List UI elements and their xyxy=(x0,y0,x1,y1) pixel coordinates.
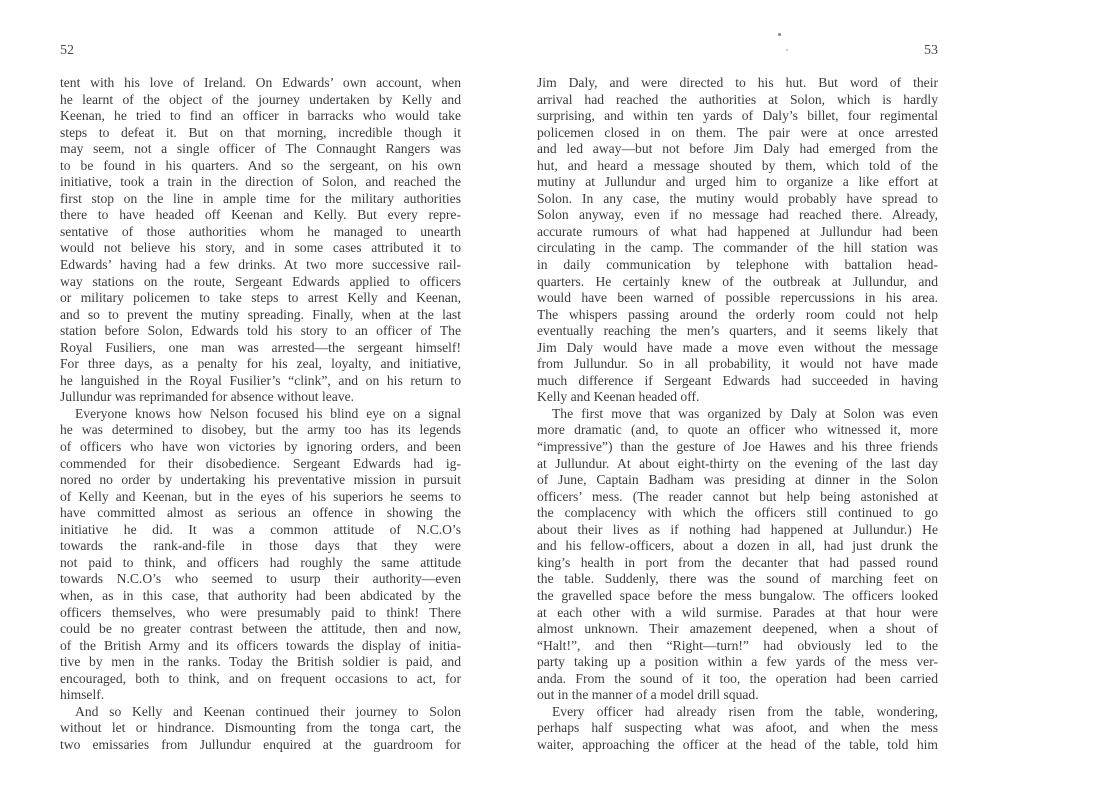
text-line: the complacency with which the officers … xyxy=(537,505,938,522)
text-line: party taking up a position within a few … xyxy=(537,654,938,671)
text-line: would not believe his story, and in some… xyxy=(60,240,461,257)
text-line: or military policemen to take steps to a… xyxy=(60,290,461,307)
text-line: about their lives as if nothing had happ… xyxy=(537,522,938,539)
text-line: Keenan, he tried to find an officer in b… xyxy=(60,108,461,125)
text-line: out in the manner of a model drill squad… xyxy=(537,687,938,704)
text-line: officers themselves, who were presumably… xyxy=(60,605,461,622)
text-line: Jim Daly would have made a move even wit… xyxy=(537,340,938,357)
text-line: “impressive”) than the gesture of Joe Ha… xyxy=(537,439,938,456)
text-line: the table. Suddenly, there was the sound… xyxy=(537,571,938,588)
text-line: circulating in the camp. The commander o… xyxy=(537,240,938,257)
text-line: eventually reaching the men’s quarters, … xyxy=(537,323,938,340)
text-line: mutiny at Jullundur and urged him to org… xyxy=(537,174,938,191)
text-line: encouraged, both to think, and on freque… xyxy=(60,671,461,688)
text-line: nored no order by undertaking his preven… xyxy=(60,472,461,489)
text-line: there to have headed off Keenan and Kell… xyxy=(60,207,461,224)
text-line: way stations on the route, Sergeant Edwa… xyxy=(60,274,461,291)
text-line: of the British Army and its officers tow… xyxy=(60,638,461,655)
text-line: perhaps half suspecting what was afoot, … xyxy=(537,720,938,737)
text-line: at Jullundur. At about eight-thirty on t… xyxy=(537,456,938,473)
text-line: almost unknown. Their amazement deepened… xyxy=(537,621,938,638)
text-line: For three days, as a penalty for his zea… xyxy=(60,356,461,373)
body-text: tent with his love of Ireland. On Edward… xyxy=(60,75,461,753)
body-text: Jim Daly, and were directed to his hut. … xyxy=(537,75,938,753)
text-line: two emissaries from Jullundur enquired a… xyxy=(60,737,461,754)
text-line: and led away—but not before Jim Daly had… xyxy=(537,141,938,158)
text-line: of June, Captain Badham was presiding at… xyxy=(537,472,938,489)
text-line: policemen closed in on them. The pair we… xyxy=(537,125,938,142)
text-line: towards the rank-and-file in those days … xyxy=(60,538,461,555)
text-line: could be no greater contrast between the… xyxy=(60,621,461,638)
text-line: and his fellow-officers, about a dozen i… xyxy=(537,538,938,555)
text-line: Everyone knows how Nelson focused his bl… xyxy=(60,406,461,423)
text-line: station before Solon, Edwards told his s… xyxy=(60,323,461,340)
text-line: of officers who have won victories by ig… xyxy=(60,439,461,456)
text-line: steps to defeat it. But on that morning,… xyxy=(60,125,461,142)
scan-speck xyxy=(778,33,781,36)
text-line: surprising, and within ten yards of Daly… xyxy=(537,108,938,125)
text-line: tive by men in the ranks. Today the Brit… xyxy=(60,654,461,671)
text-line: anda. From the sound of it too, the oper… xyxy=(537,671,938,688)
text-line: hut, and heard a message shouted by them… xyxy=(537,158,938,175)
text-line: Kelly and Keenan headed off. xyxy=(537,389,938,406)
text-line: commended for their disobedience. Sergea… xyxy=(60,456,461,473)
text-line: have committed almost as serious an offe… xyxy=(60,505,461,522)
text-line: he languished in the Royal Fusilier’s “c… xyxy=(60,373,461,390)
text-line: would have been warned of possible reper… xyxy=(537,290,938,307)
text-line: Jullundur was reprimanded for absence wi… xyxy=(60,389,461,406)
text-line: “Halt!”, and then “Right—turn!” had obvi… xyxy=(537,638,938,655)
text-line: himself. xyxy=(60,687,461,704)
text-line: Every officer had already risen from the… xyxy=(537,704,938,721)
text-line: king’s health in port from the decanter … xyxy=(537,555,938,572)
text-line: towards N.C.O’s who seemed to usurp thei… xyxy=(60,571,461,588)
text-line: Solon anyway, even if no message had rea… xyxy=(537,207,938,224)
text-line: officers’ mess. (The reader cannot but h… xyxy=(537,489,938,506)
text-line: from Jullundur. So in all probability, i… xyxy=(537,356,938,373)
text-line: may seem, not a single officer of The Co… xyxy=(60,141,461,158)
text-line: The whispers passing around the orderly … xyxy=(537,307,938,324)
text-line: when, as in this case, that authority ha… xyxy=(60,588,461,605)
text-line: in daily communication by telephone with… xyxy=(537,257,938,274)
text-line: The first move that was organized by Dal… xyxy=(537,406,938,423)
text-line: and so to prevent the mutiny spreading. … xyxy=(60,307,461,324)
text-line: And so Kelly and Keenan continued their … xyxy=(60,704,461,721)
text-line: not paid to think, and officers had roug… xyxy=(60,555,461,572)
text-line: Royal Fusiliers, one man was arrested—th… xyxy=(60,340,461,357)
right-page: 53 Jim Daly, and were directed to his hu… xyxy=(537,0,938,792)
text-line: accurate rumours of what had happened at… xyxy=(537,224,938,241)
text-line: he was determined to disobey, but the ar… xyxy=(60,422,461,439)
text-line: tent with his love of Ireland. On Edward… xyxy=(60,75,461,92)
text-line: the gravelled space before the mess bung… xyxy=(537,588,938,605)
text-line: at each other with a wild surmise. Parad… xyxy=(537,605,938,622)
text-line: Solon. In any case, the mutiny would pro… xyxy=(537,191,938,208)
text-line: to be found in his quarters. And so the … xyxy=(60,158,461,175)
text-line: sentative of those authorities whom he m… xyxy=(60,224,461,241)
text-line: initiative he did. It was a common attit… xyxy=(60,522,461,539)
text-line: arrival had reached the authorities at S… xyxy=(537,92,938,109)
text-line: of Kelly and Keenan, but in the eyes of … xyxy=(60,489,461,506)
text-line: much difference if Sergeant Edwards had … xyxy=(537,373,938,390)
left-page: 52 tent with his love of Ireland. On Edw… xyxy=(60,0,461,792)
text-line: first stop on the line in ample time for… xyxy=(60,191,461,208)
page-number: 52 xyxy=(60,43,74,59)
text-line: waiter, approaching the officer at the h… xyxy=(537,737,938,754)
page-number: 53 xyxy=(924,43,938,59)
text-line: Edwards’ having had a few drinks. At two… xyxy=(60,257,461,274)
text-line: he learnt of the object of the journey u… xyxy=(60,92,461,109)
text-line: quarters. He certainly knew of the outbr… xyxy=(537,274,938,291)
text-line: more dramatic (and, to quote an officer … xyxy=(537,422,938,439)
text-line: without let or hindrance. Dismounting fr… xyxy=(60,720,461,737)
scan-speck xyxy=(786,49,788,51)
text-line: Jim Daly, and were directed to his hut. … xyxy=(537,75,938,92)
text-line: initiative, took a train in the directio… xyxy=(60,174,461,191)
